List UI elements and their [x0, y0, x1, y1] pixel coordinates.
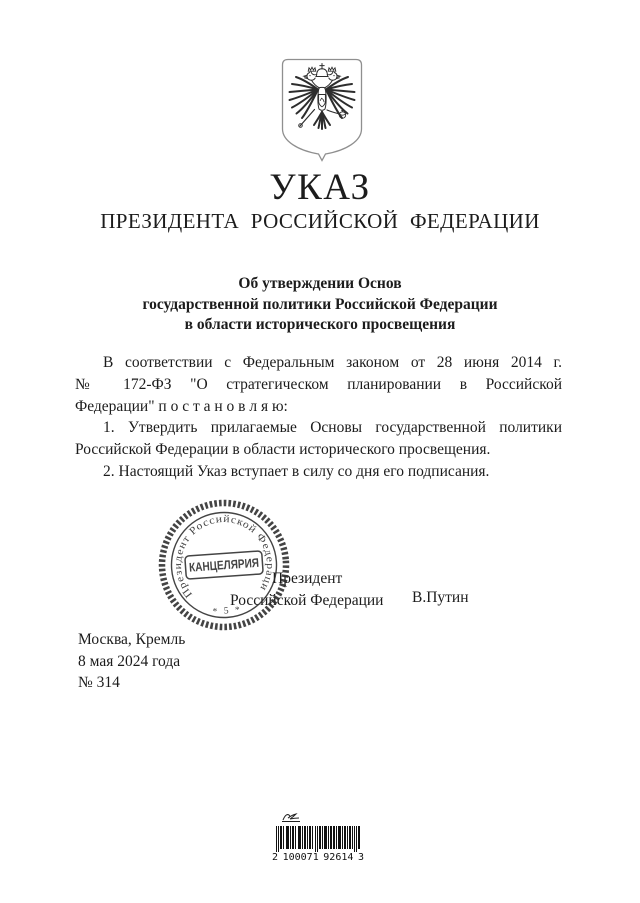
- barcode-digit-group: 3: [358, 852, 364, 863]
- barcode-digit-group: 100071: [283, 852, 319, 863]
- body-line: Федерации" п о с т а н о в л я ю:: [75, 396, 562, 418]
- place-date-block: Москва, Кремль 8 мая 2024 года № 314: [78, 629, 185, 694]
- place-line: Москва, Кремль: [78, 629, 185, 651]
- body-line: 1. Утвердить прилагаемые Основы государс…: [75, 417, 562, 439]
- document-title: УКАЗ: [0, 166, 640, 209]
- decree-page: УКАЗ ПРЕЗИДЕНТА РОССИЙСКОЙ ФЕДЕРАЦИИ Об …: [0, 0, 640, 903]
- coat-of-arms-icon: [281, 58, 363, 162]
- date-line: 8 мая 2024 года: [78, 651, 185, 673]
- body-line: 2. Настоящий Указ вступает в силу со дня…: [75, 461, 562, 483]
- barcode: 2 100071 92614 3: [272, 809, 364, 863]
- subject-heading-line: Об утверждении Основ: [0, 274, 640, 295]
- body-line: В соответствии с Федеральным законом от …: [75, 352, 562, 374]
- body-line: № 172-ФЗ "О стратегическом планировании …: [75, 374, 562, 396]
- body-line: Российской Федерации в области историчес…: [75, 439, 562, 461]
- stamp-bottom-text: * 5 *: [212, 605, 242, 617]
- barcode-digits: 2 100071 92614 3: [272, 852, 364, 863]
- subject-heading-line: государственной политики Российской Феде…: [0, 295, 640, 316]
- barcode-digit-group: 92614: [323, 852, 353, 863]
- barcode-bars: [276, 826, 360, 852]
- chancellery-stamp: Президент Российской Федерации * 5 * КАН…: [149, 490, 299, 640]
- decree-body: В соответствии с Федеральным законом от …: [75, 352, 562, 483]
- document-subtitle: ПРЕЗИДЕНТА РОССИЙСКОЙ ФЕДЕРАЦИИ: [0, 209, 640, 234]
- handwritten-mark-icon: [280, 809, 306, 825]
- barcode-digit-group: 2: [272, 852, 278, 863]
- number-line: № 314: [78, 672, 185, 694]
- subject-heading: Об утверждении Основ государственной пол…: [0, 274, 640, 336]
- signature-name: В.Путин: [412, 589, 469, 607]
- subject-heading-line: в области исторического просвещения: [0, 315, 640, 336]
